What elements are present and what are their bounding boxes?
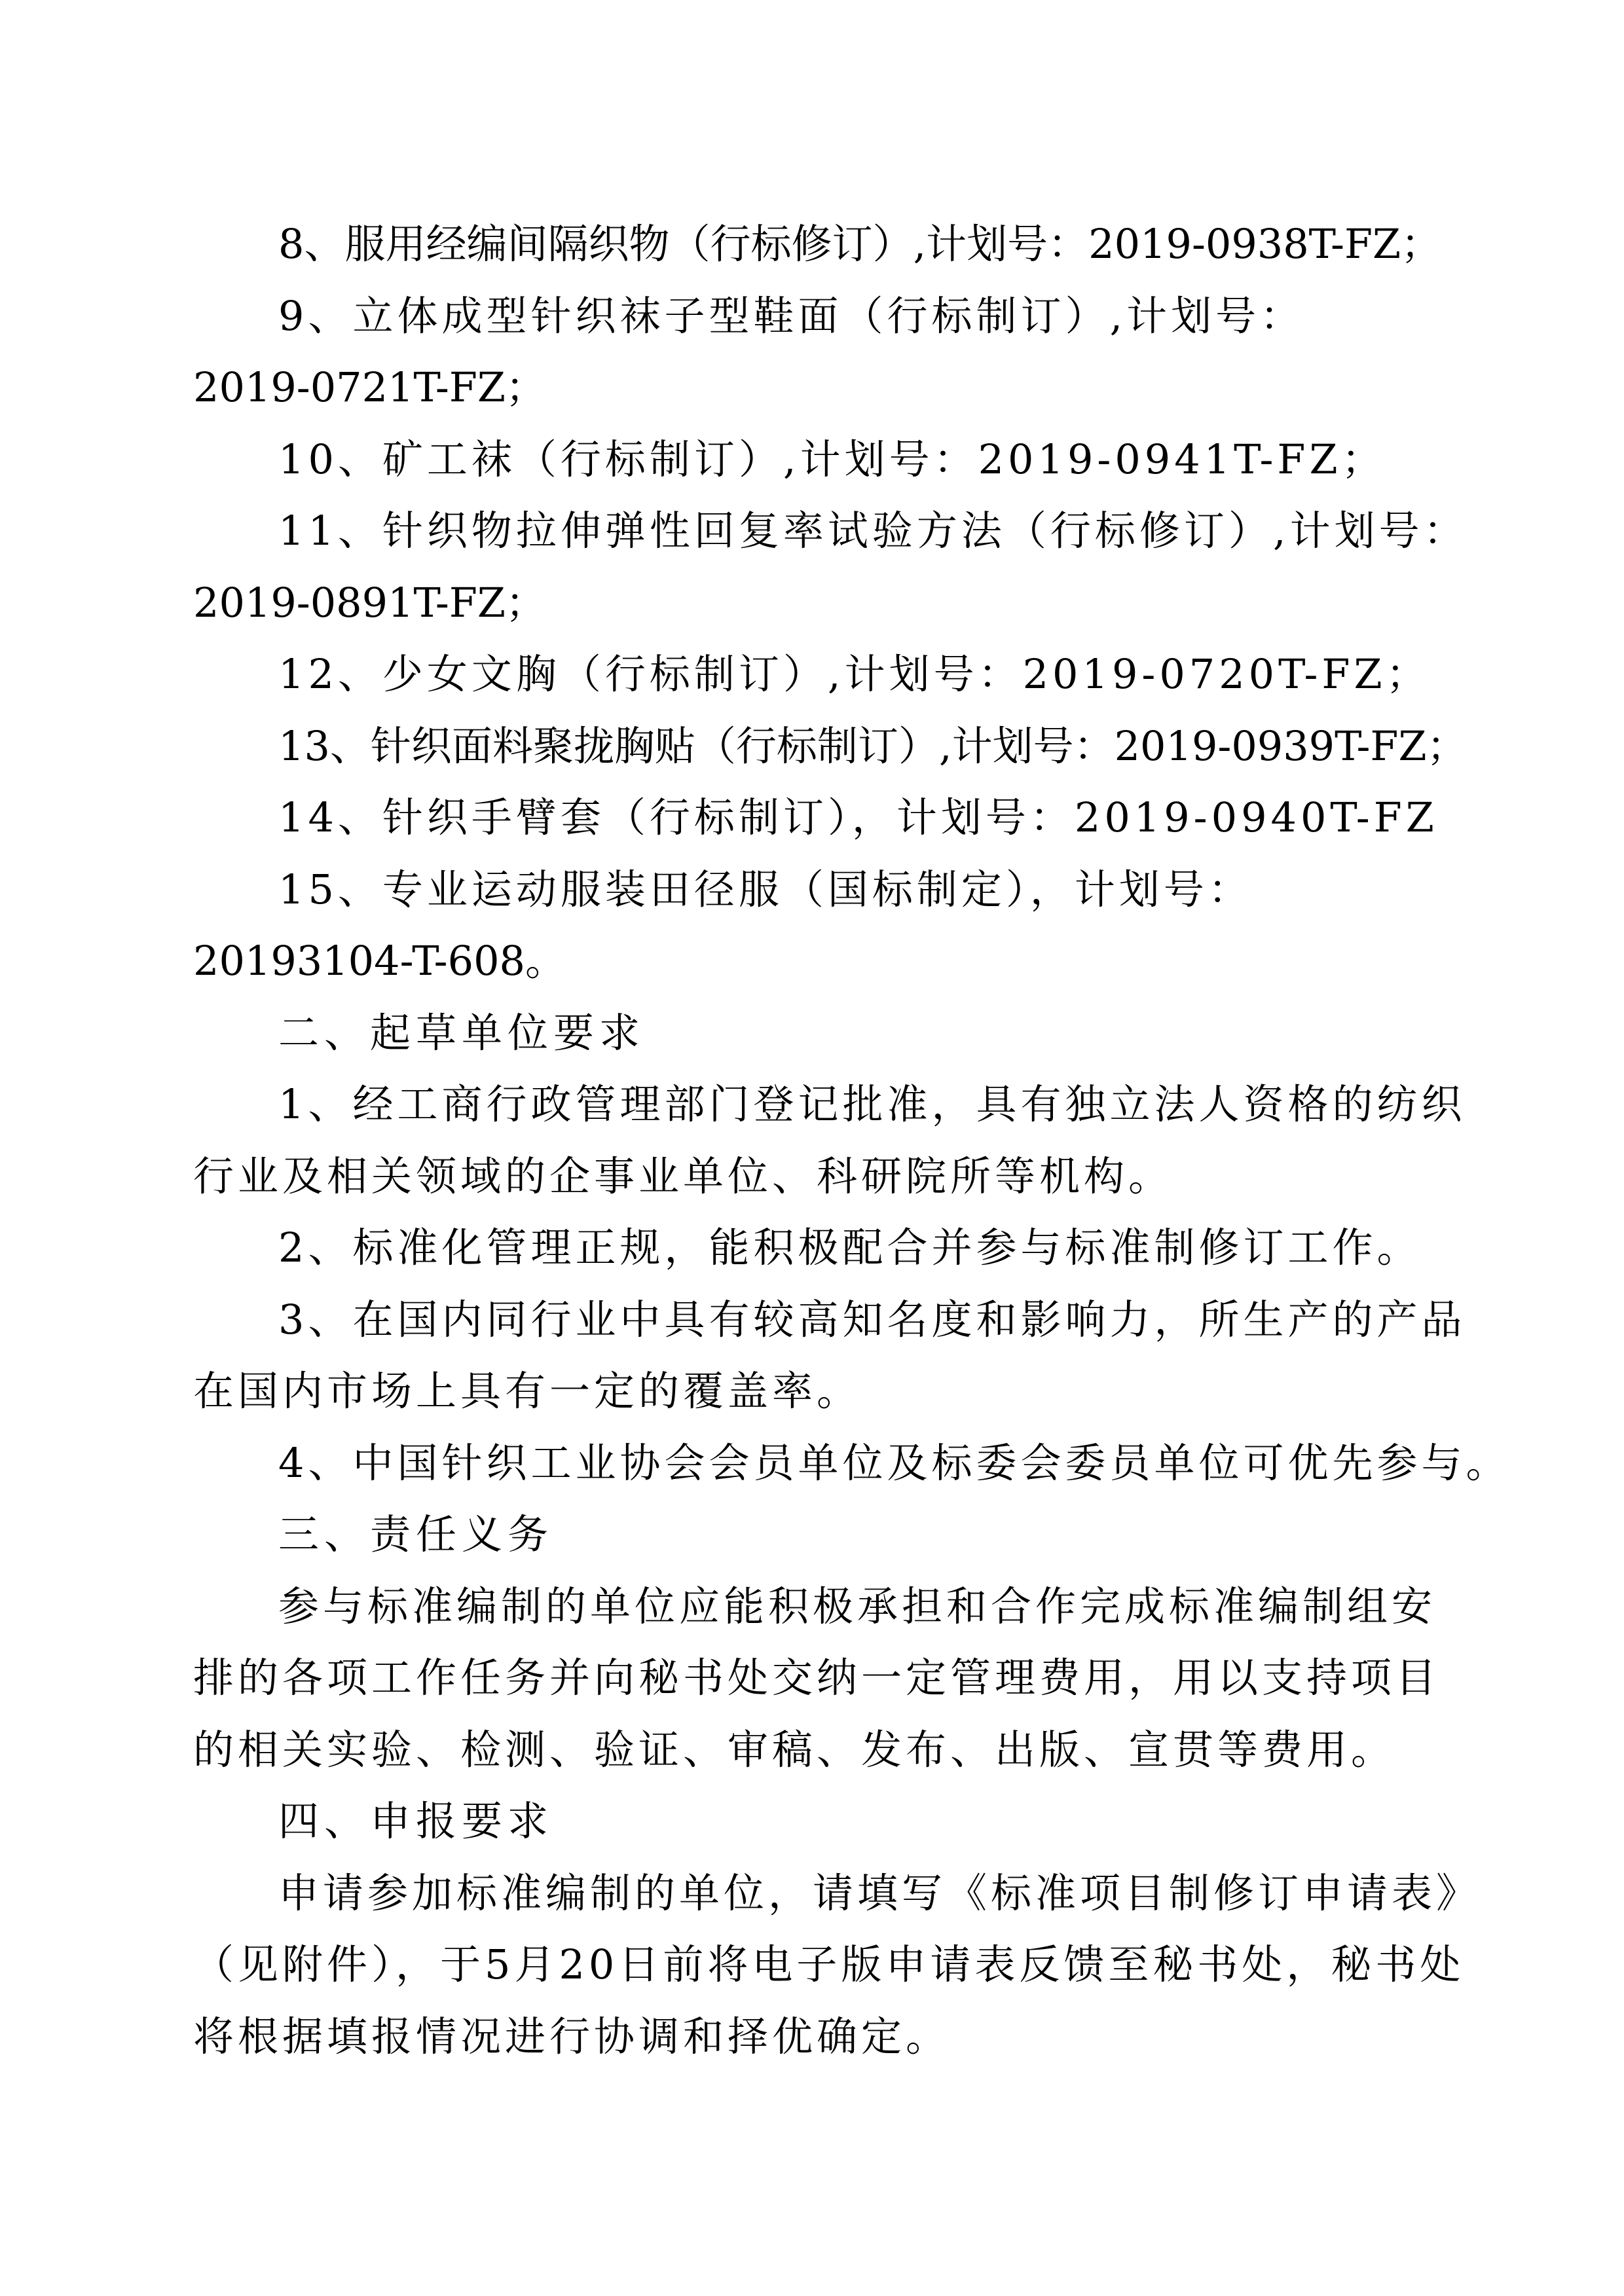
application-paragraph-line-3: 将根据填报情况进行协调和择优确定。 — [193, 2001, 1457, 2073]
requirement-item-2: 2、标准化管理正规，能积极配合并参与标准制修订工作。 — [193, 1212, 1457, 1284]
list-item-15-continuation: 20193104-T-608。 — [193, 925, 1457, 997]
application-paragraph-line-2: （见附件），于5月20日前将电子版申请表反馈至秘书处，秘书处 — [193, 1929, 1457, 2001]
requirement-item-1: 1、经工商行政管理部门登记批准，具有独立法人资格的纺织 — [193, 1068, 1457, 1140]
requirement-item-3: 3、在国内同行业中具有较高知名度和影响力，所生产的产品 — [193, 1284, 1457, 1356]
responsibilities-paragraph-line-2: 排的各项工作任务并向秘书处交纳一定管理费用，用以支持项目 — [193, 1642, 1457, 1714]
application-paragraph-line-1: 申请参加标准编制的单位，请填写《标准项目制修订申请表》 — [193, 1857, 1457, 1929]
responsibilities-paragraph-line-1: 参与标准编制的单位应能积极承担和合作完成标准编制组安 — [193, 1571, 1457, 1643]
section-heading-application-requirements: 四、申报要求 — [193, 1785, 1457, 1857]
requirement-item-3-continuation: 在国内市场上具有一定的覆盖率。 — [193, 1355, 1457, 1427]
list-item-13: 13、针织面料聚拢胸贴（行标制订）,计划号：2019-0939T-FZ； — [193, 710, 1457, 782]
list-item-10: 10、矿工袜（行标制订）,计划号：2019-0941T-FZ； — [193, 424, 1457, 496]
list-item-8: 8、服用经编间隔织物（行标修订）,计划号：2019-0938T-FZ； — [193, 208, 1457, 280]
list-item-14: 14、针织手臂套（行标制订），计划号：2019-0940T-FZ — [193, 782, 1457, 854]
list-item-15: 15、专业运动服装田径服（国标制定），计划号： — [193, 854, 1457, 926]
document-page: 8、服用经编间隔织物（行标修订）,计划号：2019-0938T-FZ； 9、立体… — [193, 208, 1457, 2072]
requirement-item-4: 4、中国针织工业协会会员单位及标委会委员单位可优先参与。 — [193, 1427, 1457, 1499]
section-heading-drafting-requirements: 二、起草单位要求 — [193, 997, 1457, 1069]
responsibilities-paragraph-line-3: 的相关实验、检测、验证、审稿、发布、出版、宣贯等费用。 — [193, 1714, 1457, 1786]
list-item-9: 9、立体成型针织袜子型鞋面（行标制订）,计划号： — [193, 280, 1457, 352]
requirement-item-1-continuation: 行业及相关领域的企事业单位、科研院所等机构。 — [193, 1140, 1457, 1212]
list-item-11-continuation: 2019-0891T-FZ； — [193, 567, 1457, 639]
list-item-12: 12、少女文胸（行标制订）,计划号：2019-0720T-FZ； — [193, 638, 1457, 710]
list-item-11: 11、针织物拉伸弹性回复率试验方法（行标修订）,计划号： — [193, 495, 1457, 567]
section-heading-responsibilities: 三、责任义务 — [193, 1499, 1457, 1571]
list-item-9-continuation: 2019-0721T-FZ； — [193, 352, 1457, 424]
